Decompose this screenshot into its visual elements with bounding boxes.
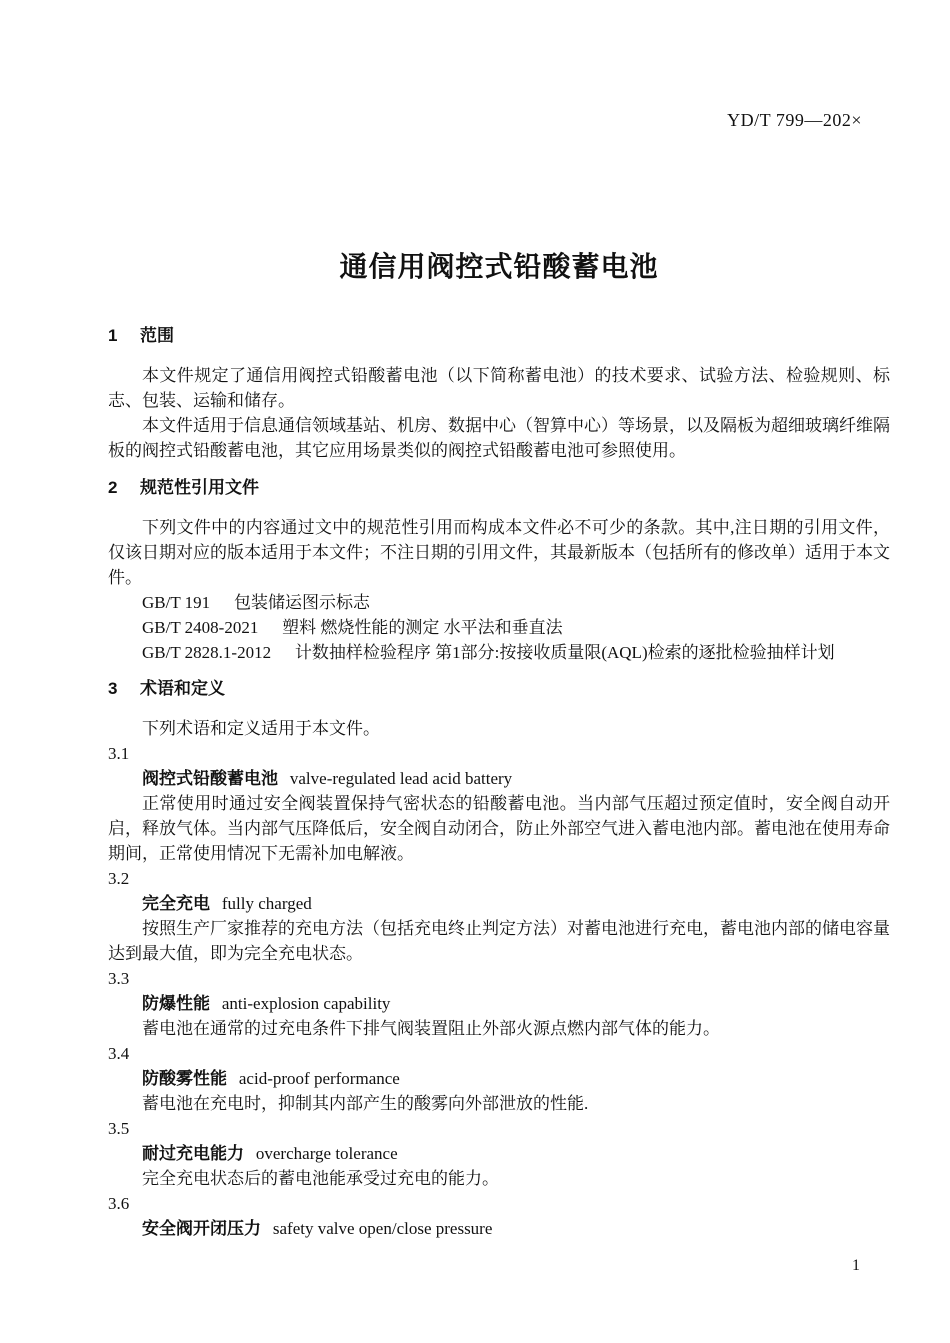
term-zh: 安全阀开闭压力 — [142, 1219, 261, 1238]
terms-intro: 下列术语和定义适用于本文件。 — [108, 716, 890, 741]
term-number: 3.3 — [108, 966, 890, 991]
term-number: 3.4 — [108, 1041, 890, 1066]
reference-code: GB/T 191 — [142, 593, 210, 612]
term-title-line: 耐过充电能力overcharge tolerance — [108, 1141, 890, 1166]
term-en: overcharge tolerance — [256, 1144, 398, 1163]
document-title: 通信用阀控式铅酸蓄电池 — [108, 245, 890, 285]
term-en: anti-explosion capability — [222, 994, 391, 1013]
document-body: 1范围 本文件规定了通信用阀控式铅酸蓄电池（以下简称蓄电池）的技术要求、试验方法… — [108, 326, 890, 1241]
term-number: 3.5 — [108, 1116, 890, 1141]
term-entry: 3.3 防爆性能anti-explosion capability 蓄电池在通常… — [108, 966, 890, 1041]
term-entry: 3.1 阀控式铅酸蓄电池valve-regulated lead acid ba… — [108, 741, 890, 866]
term-entry: 3.5 耐过充电能力overcharge tolerance 完全充电状态后的蓄… — [108, 1116, 890, 1191]
scope-paragraph-1: 本文件规定了通信用阀控式铅酸蓄电池（以下简称蓄电池）的技术要求、试验方法、检验规… — [108, 363, 890, 413]
reference-item: GB/T 191包装储运图示标志 — [108, 590, 890, 615]
standard-number: YD/T 799—202× — [727, 110, 862, 131]
reference-title: 计数抽样检验程序 第1部分:按接收质量限(AQL)检索的逐批检验抽样计划 — [295, 643, 835, 662]
term-definition: 蓄电池在通常的过充电条件下排气阀装置阻止外部火源点燃内部气体的能力。 — [108, 1016, 890, 1041]
reference-item: GB/T 2828.1-2012计数抽样检验程序 第1部分:按接收质量限(AQL… — [108, 640, 890, 665]
term-number: 3.6 — [108, 1191, 890, 1216]
term-en: safety valve open/close pressure — [273, 1219, 493, 1238]
term-entry: 3.4 防酸雾性能acid-proof performance 蓄电池在充电时，… — [108, 1041, 890, 1116]
term-zh: 完全充电 — [142, 894, 210, 913]
section-3-number: 3 — [108, 679, 140, 699]
term-definition: 正常使用时通过安全阀装置保持气密状态的铅酸蓄电池。当内部气压超过预定值时，安全阀… — [108, 791, 890, 866]
term-zh: 防爆性能 — [142, 994, 210, 1013]
term-title-line: 防酸雾性能acid-proof performance — [108, 1066, 890, 1091]
section-1-title: 范围 — [140, 326, 174, 345]
term-en: acid-proof performance — [239, 1069, 400, 1088]
section-3-heading: 3术语和定义 — [108, 679, 890, 699]
section-2-number: 2 — [108, 478, 140, 498]
term-number: 3.2 — [108, 866, 890, 891]
reference-item: GB/T 2408-2021塑料 燃烧性能的测定 水平法和垂直法 — [108, 615, 890, 640]
term-entry: 3.6 安全阀开闭压力safety valve open/close press… — [108, 1191, 890, 1241]
term-zh: 阀控式铅酸蓄电池 — [142, 769, 278, 788]
section-1-heading: 1范围 — [108, 326, 890, 346]
term-number: 3.1 — [108, 741, 890, 766]
term-zh: 耐过充电能力 — [142, 1144, 244, 1163]
section-3-title: 术语和定义 — [140, 679, 225, 698]
page-number: 1 — [852, 1257, 860, 1275]
document-page: YD/T 799—202× 通信用阀控式铅酸蓄电池 1范围 本文件规定了通信用阀… — [0, 0, 950, 1343]
normative-references-intro: 下列文件中的内容通过文中的规范性引用而构成本文件必不可少的条款。其中,注日期的引… — [108, 515, 890, 590]
term-title-line: 防爆性能anti-explosion capability — [108, 991, 890, 1016]
term-entry: 3.2 完全充电fully charged 按照生产厂家推荐的充电方法（包括充电… — [108, 866, 890, 966]
section-2-title: 规范性引用文件 — [140, 478, 259, 497]
term-title-line: 安全阀开闭压力safety valve open/close pressure — [108, 1216, 890, 1241]
reference-code: GB/T 2408-2021 — [142, 618, 258, 637]
term-title-line: 完全充电fully charged — [108, 891, 890, 916]
term-definition: 按照生产厂家推荐的充电方法（包括充电终止判定方法）对蓄电池进行充电，蓄电池内部的… — [108, 916, 890, 966]
reference-title: 塑料 燃烧性能的测定 水平法和垂直法 — [282, 618, 563, 637]
reference-code: GB/T 2828.1-2012 — [142, 643, 271, 662]
reference-title: 包装储运图示标志 — [234, 593, 370, 612]
section-1-number: 1 — [108, 326, 140, 346]
term-definition: 完全充电状态后的蓄电池能承受过充电的能力。 — [108, 1166, 890, 1191]
term-zh: 防酸雾性能 — [142, 1069, 227, 1088]
term-title-line: 阀控式铅酸蓄电池valve-regulated lead acid batter… — [108, 766, 890, 791]
term-en: valve-regulated lead acid battery — [290, 769, 512, 788]
scope-paragraph-2: 本文件适用于信息通信领域基站、机房、数据中心（智算中心）等场景，以及隔板为超细玻… — [108, 413, 890, 463]
term-en: fully charged — [222, 894, 312, 913]
term-definition: 蓄电池在充电时，抑制其内部产生的酸雾向外部泄放的性能. — [108, 1091, 890, 1116]
section-2-heading: 2规范性引用文件 — [108, 478, 890, 498]
